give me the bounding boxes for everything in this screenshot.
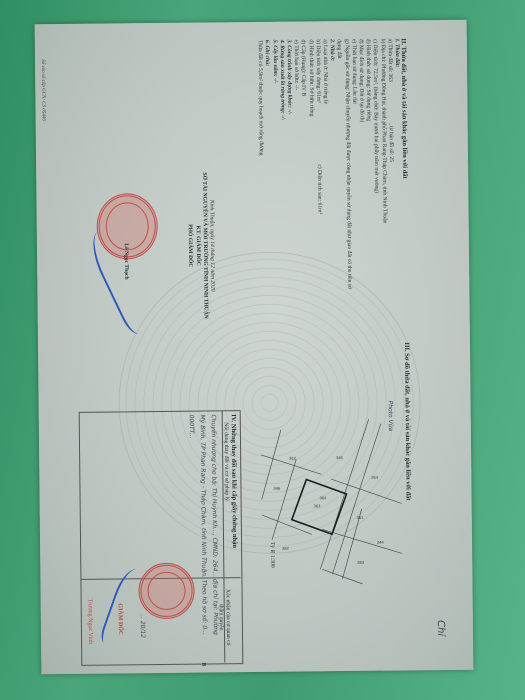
change-entry-text: Chuyển nhượng cho bà: Thị Huỳnh Kh..., C… bbox=[186, 414, 221, 639]
certifier-name: Trương Ngọc Vinh bbox=[87, 599, 93, 644]
svg-text:382: 382 bbox=[282, 546, 290, 551]
certificate-page: II. Thửa đất, nhà ở và tài sản khác gắn … bbox=[35, 20, 474, 674]
certification-stamp-title: GIÁM ĐỐC bbox=[117, 603, 123, 635]
land-origin: g) Nguồn gốc sử dụng: Nhận chuyển nhượng… bbox=[335, 39, 352, 299]
map-scale: Tỷ lệ 1:300 bbox=[268, 542, 275, 568]
registry-note: Số vào sổ cấp GCN: CS 05446 bbox=[40, 59, 46, 121]
svg-text:363: 363 bbox=[314, 503, 322, 508]
svg-text:346: 346 bbox=[273, 486, 281, 491]
floor-area: c) Diện tích sàn: 61m² bbox=[316, 164, 323, 214]
signer-name: Lê Ngọc Thạch bbox=[122, 243, 130, 279]
parcel-map: 363 364 362 345 346 361 382 383 354 344 bbox=[261, 418, 403, 609]
svg-text:364: 364 bbox=[320, 495, 328, 500]
svg-text:361: 361 bbox=[357, 515, 365, 520]
svg-text:344: 344 bbox=[377, 540, 385, 545]
map-sheet-number: , tờ bản đồ số: 25 bbox=[387, 123, 393, 162]
map-scale-wrap: Tỷ lệ 1:300 bbox=[268, 542, 275, 568]
construction-area: b) Diện tích xây dựng: 61m² bbox=[315, 39, 322, 103]
signer-position: PHÓ GIÁM ĐỐC bbox=[185, 173, 194, 319]
parcel-number: a) Thửa đất số: 363 bbox=[387, 39, 393, 82]
registry-note-wrap: Số vào sổ cấp GCN: CS 05446 bbox=[40, 59, 46, 121]
corner-handwriting: Chỉ bbox=[435, 620, 446, 636]
svg-text:362: 362 bbox=[289, 456, 297, 461]
column-header-content: Nội dung thay đổi và cơ sở pháp lý bbox=[222, 422, 230, 501]
section-iv-title-wrap: IV. Những thay đổi sau khi cấp giấy chứn… bbox=[230, 414, 238, 548]
issuing-agency: SỞ TÀI NGUYÊN VÀ MÔI TRƯỜNG TỈNH NINH TH… bbox=[200, 172, 209, 318]
section-iv-title: IV. Những thay đổi sau khi cấp giấy chứn… bbox=[230, 414, 238, 548]
col-1-header-wrap: Nội dung thay đổi và cơ sở pháp lý bbox=[222, 422, 230, 501]
signer-name-wrap: Lê Ngọc Thạch bbox=[122, 243, 130, 279]
signature-block: Ninh Thuận, ngày 14 tháng 12 năm 2020 SỞ… bbox=[185, 172, 215, 319]
svg-text:354: 354 bbox=[371, 475, 379, 480]
svg-text:345: 345 bbox=[336, 455, 344, 460]
section-ii: II. Thửa đất, nhà ở và tài sản khác gắn … bbox=[256, 38, 410, 300]
svg-text:383: 383 bbox=[357, 560, 365, 565]
